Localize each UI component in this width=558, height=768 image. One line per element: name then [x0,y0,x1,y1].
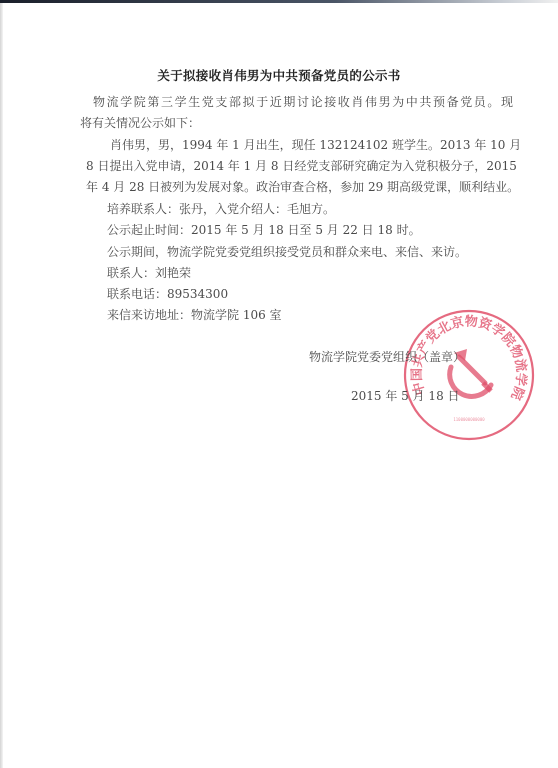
seal-icon: 中国共产党北京物资学院物流学院委员会 1100000000000 [399,305,539,445]
paragraph-feedback: 公示期间，物流学院党委党组织接受党员和群众来电、来信、来访。 [107,243,467,260]
paragraph-period: 公示起止时间：2015 年 5 月 18 日至 5 月 22 日 18 时。 [107,221,421,238]
paragraph-sponsors: 培养联系人：张丹，入党介绍人：毛旭方。 [107,200,335,217]
paragraph-intro-line2: 将有关情况公示如下： [80,114,200,131]
paragraph-bio-line3: 年 4 月 28 日被列为发展对象。政治审查合格，参加 29 期高级党课，顺利结… [86,178,519,195]
svg-text:1100000000000: 1100000000000 [453,417,485,422]
contact-address: 来信来访地址：物流学院 106 室 [107,306,282,323]
document-title: 关于拟接收肖伟男为中共预备党员的公示书 [0,66,558,84]
paragraph-bio-line1: 肖伟男，男，1994 年 1 月出生，现任 132124102 班学生。2013… [110,136,521,153]
signature-date: 2015 年 5 月 18 日 [351,387,460,404]
scan-left-edge [0,3,3,768]
contact-phone: 联系电话：89534300 [107,285,228,302]
official-seal-stamp: 中国共产党北京物资学院物流学院委员会 1100000000000 [399,305,539,445]
paragraph-bio-line2: 8 日提出入党申请，2014 年 1 月 8 日经党支部研究确定为入党积极分子，… [86,157,517,174]
scan-top-edge [0,0,558,3]
paragraph-intro-line1: 物流学院第三学生党支部拟于近期讨论接收肖伟男为中共预备党员。现 [93,93,515,110]
signature-organization: 物流学院党委党组织（盖章） [309,348,465,365]
contact-person: 联系人：刘艳荣 [107,264,191,281]
